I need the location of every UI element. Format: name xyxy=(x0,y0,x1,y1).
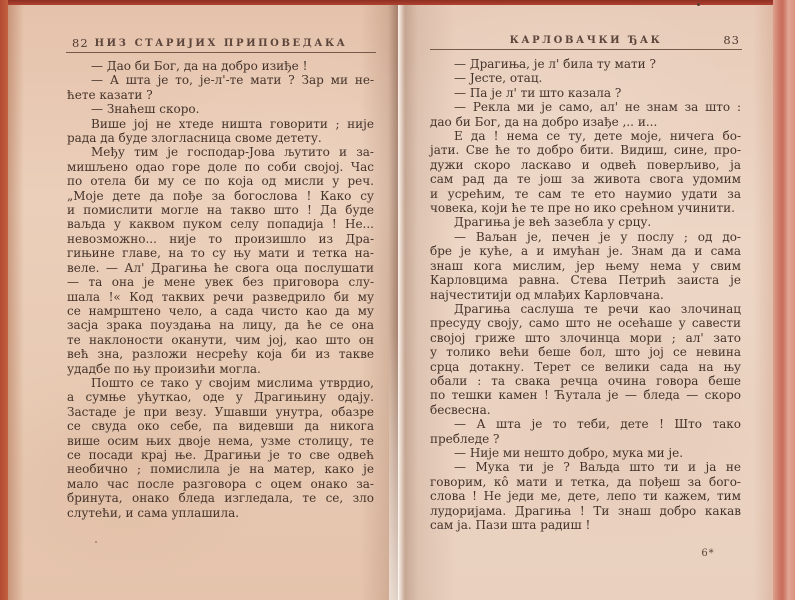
text-line: мало час после разговора с оцем онако за… xyxy=(67,477,374,491)
text-line: говорим, кô мати и тетка, да пођеш за бо… xyxy=(430,475,741,489)
text-line: Карловцима равна. Стева Петрић заиста је xyxy=(430,273,741,287)
signature-mark: 6* xyxy=(668,548,748,559)
text-line: — Рекла ми је само, ал' не знам за што : xyxy=(430,100,741,114)
running-title-left: НИЗ СТАРИЈИХ ПРИПОВЕДАКА xyxy=(66,38,376,49)
text-line: ћете казати ? xyxy=(67,88,374,102)
ink-speck xyxy=(697,3,700,6)
text-line: се посади крај ње. Драгињи је то све одв… xyxy=(67,448,374,462)
text-line: необично ; помислила је на матер, како ј… xyxy=(67,462,374,476)
text-line: — А шта је то, је-л'-те мати ? Зар ми не… xyxy=(67,73,374,87)
page-edge-band-right xyxy=(773,0,795,600)
text-line: гињине главе, на то су њу мати и тетка н… xyxy=(67,246,374,260)
text-line: и помислити могле на такво што ! Да буде xyxy=(67,203,374,217)
text-line: а сумње ућуткао, оде у Драгињину одају. xyxy=(67,390,374,404)
text-line: дао би Бог, да на добро изађе ,.. и... xyxy=(430,115,741,129)
text-line: се свуда око себе, па видевши да никога xyxy=(67,419,374,433)
running-head-right: КАРЛОВАЧКИ ЂАК 83 xyxy=(430,32,742,50)
text-line: — Није ми нешто добро, мука ми је. xyxy=(430,446,741,460)
text-line: и усрећим, те сам те ето наумио удати за xyxy=(430,187,741,201)
text-line: бринута, онако бледа изгледала, те се, з… xyxy=(67,491,374,505)
text-line: знаш кога мислим, јер њему нема у свим xyxy=(430,259,741,273)
text-line: пресуду своју, само што не осећаше у сав… xyxy=(430,316,741,330)
text-line: — Јесте, отац. xyxy=(430,71,741,85)
text-line: сам рад да те још за живота свога удомим xyxy=(430,172,741,186)
cover-edge-left xyxy=(0,0,8,600)
text-line: ваљда у каквом пуком селу попадија ! Не.… xyxy=(67,217,374,231)
text-line: се намрштено чело, а сада чисто као да м… xyxy=(67,304,374,318)
text-line: слова ! Не једи ме, дете, лепо ти кажем,… xyxy=(430,489,741,503)
text-line: бре је куће, а и имућан је. Знам да и са… xyxy=(430,244,741,258)
text-line: лудоријама. Драгиња ! Ти знаш добро кака… xyxy=(430,504,741,518)
page-83-text: — Драгиња, је л' била ту мати ?— Јесте, … xyxy=(430,57,741,532)
running-head-left: 82 НИЗ СТАРИЈИХ ПРИПОВЕДАКА xyxy=(66,35,376,53)
text-line: веле. — Ал' Драгиња ће свога оца послуша… xyxy=(67,261,374,275)
text-line: својој гриже што злочинца мори ; ал' зат… xyxy=(430,331,741,345)
text-line: — Драгиња, је л' била ту мати ? xyxy=(430,57,741,71)
text-line: — Дао би Бог, да на добро изиђе ! xyxy=(67,59,374,73)
text-line: „Моје дете да пође за богослова ! Како с… xyxy=(67,189,374,203)
spine-highlight xyxy=(389,330,399,600)
text-line: — Мука ти је ? Ваљда што ти и ја не xyxy=(430,460,741,474)
text-line: сам ја. Пази шта радиш ! xyxy=(430,518,741,532)
text-line: Драгиња саслуша те речи као злочинац xyxy=(430,302,741,316)
text-line: човека, који ће те пре но ико срећном уч… xyxy=(430,201,741,215)
ink-speck xyxy=(95,541,97,543)
text-line: — Знаћеш скоро. xyxy=(67,102,374,116)
text-line: Застаде је при везу. Ушавши унутра, обаз… xyxy=(67,405,374,419)
text-line: у толико већи беше бол, што јој се невин… xyxy=(430,345,741,359)
text-line: Драгиња је већ зазебла у срцу. xyxy=(430,215,741,229)
text-line: бесвесна. xyxy=(430,403,741,417)
text-line: — А шта је то теби, дете ! Што тако xyxy=(430,417,741,431)
text-line: пребледе ? xyxy=(430,432,741,446)
text-line: слутећи, и сама уплашила. xyxy=(67,506,374,520)
book-scan: 82 НИЗ СТАРИЈИХ ПРИПОВЕДАКА КАРЛОВАЧКИ Ђ… xyxy=(0,0,795,600)
text-line: најчеститији од млађих Карловчана. xyxy=(430,288,741,302)
text-line: више осим њих двоје нема, узме столицу, … xyxy=(67,434,374,448)
text-line: те наклоности оканути, чим јој, као што … xyxy=(67,333,374,347)
text-line: обали : та свака речца очина говора беше xyxy=(430,374,741,388)
text-line: Више јој не хтеде ништа говорити ; није xyxy=(67,117,374,131)
text-line: Е да ! нема се ту, дете моје, ничега бо- xyxy=(430,129,741,143)
cover-edge-top xyxy=(0,0,795,5)
text-line: — Па је л' ти што казала ? xyxy=(430,86,741,100)
running-title-right: КАРЛОВАЧКИ ЂАК xyxy=(430,35,742,46)
text-line: по тешки камен ! Ћутала је — бледа — ско… xyxy=(430,388,741,402)
text-line: засја зрака поуздања на лицу, да ће се о… xyxy=(67,318,374,332)
text-line: мишљено одао горе доле по соби својој. Ч… xyxy=(67,160,374,174)
text-line: по отела би му се по која од мисли у реч… xyxy=(67,174,374,188)
text-line: већ зна, разложи несрећу која би из такв… xyxy=(67,347,374,361)
text-line: — Ваљан је, печен је у послу ; од до- xyxy=(430,230,741,244)
text-line: срца дотакну. Терет се велики сада на њу xyxy=(430,360,741,374)
text-line: невозможно... није то произишло из Дра- xyxy=(67,232,374,246)
page-number-83: 83 xyxy=(723,33,740,47)
text-line: рада да буде злогласница своме детету. xyxy=(67,131,374,145)
text-line: — та она је мене увек без приговора слу- xyxy=(67,275,374,289)
text-line: Међу тим је господар-Јова љутито и за- xyxy=(67,145,374,159)
text-line: шала !« Код таквих речи разведрило би му xyxy=(67,290,374,304)
text-line: Пошто се тако у својим мислима утврдио, xyxy=(67,376,374,390)
page-82-text: — Дао би Бог, да на добро изиђе !— А шта… xyxy=(67,59,374,520)
text-line: удадбе по њу произићи могла. xyxy=(67,362,374,376)
text-line: јати. Све ће то добро бити. Видиш, сине,… xyxy=(430,143,741,157)
text-line: дужи скоро ласкаво и одвећ поверљиво, ја xyxy=(430,158,741,172)
